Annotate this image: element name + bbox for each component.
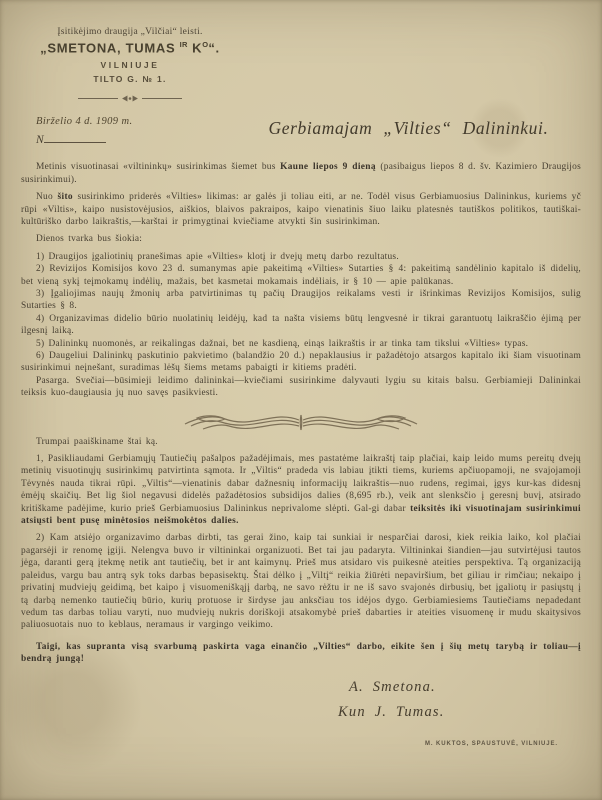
text-segment: Pasarga. Svečiai—būsimieji leidimo dalin… [21, 376, 581, 398]
signature-smetona: A. Smetona. [349, 675, 602, 700]
text-segment: 2) Revizijos Komisijos kovo 23 d. sumany… [21, 264, 581, 286]
paragraph: Trumpai paaiškiname štai ką. [21, 436, 581, 448]
paragraph: 1, Pasikliaudami Gerbiamųjų Tautiečių pa… [21, 453, 581, 527]
bold-text-segment: šito [58, 192, 73, 202]
text-segment: susirinkimo priderės «Vilties» likimas: … [21, 192, 581, 227]
number-prefix: N [36, 134, 44, 146]
paragraph: Dienos tvarka bus šiokia: [21, 233, 581, 245]
company-k: K [192, 40, 202, 55]
letterhead: Įsitikėjimo draugija „Vilčiai“ leisti. „… [14, 0, 246, 107]
header-divider-icon [14, 89, 246, 107]
number-line: N [36, 134, 237, 146]
letter-page: Įsitikėjimo draugija „Vilčiai“ leisti. „… [0, 0, 602, 800]
text-segment: 2) Kam atsiėjo organizavimo darbas dirbt… [21, 533, 581, 630]
company-superscript-ir: IR [180, 40, 188, 49]
date-block: Birželio 4 d. 1909 m. N [22, 116, 237, 146]
company-close-quote: “. [208, 40, 220, 55]
city-line: VILNIUJE [14, 60, 246, 70]
text-segment: Trumpai paaiškiname štai ką. [36, 437, 158, 447]
company-main: „SMETONA, TUMAS [40, 40, 175, 55]
text-segment: 3) Įgaliojimas naujų žmonių arba patvirt… [21, 289, 581, 311]
publisher-line: Įsitikėjimo draugija „Vilčiai“ leisti. [14, 27, 246, 37]
paragraph: 6) Daugeliui Dalininkų paskutinio pakvie… [21, 350, 581, 375]
bold-text-segment: Kaune liepos 9 dieną [280, 162, 376, 172]
bold-text-segment: Taigi, kas supranta visą svarbumą paskir… [21, 642, 581, 664]
paragraph: Metinis visuotinasai «viltininkų» susiri… [21, 161, 581, 186]
text-segment: 6) Daugeliui Dalininkų paskutinio pakvie… [21, 351, 581, 373]
text-segment: 5) Dalininkų nuomonės, ar reikalingas da… [36, 339, 528, 349]
text-segment: Metinis visuotinasai «viltininkų» susiri… [36, 162, 280, 172]
paragraph: Taigi, kas supranta visą svarbumą paskir… [21, 641, 581, 666]
text-segment: Dienos tvarka bus šiokia: [36, 234, 142, 244]
paragraph: 1) Draugijos įgaliotinių pranešimas apie… [21, 251, 581, 263]
paragraph: 3) Įgaliojimas naujų žmonių arba patvirt… [21, 288, 581, 313]
text-segment: Nuo [36, 192, 58, 202]
signatures-block: A. Smetona. Kun J. Tumas. [0, 675, 602, 725]
company-name: „SMETONA, TUMAS IR KO“. [14, 40, 246, 55]
address-line: TILTO G. № 1. [14, 74, 246, 84]
text-segment: 4) Organizavimas didelio būrio nuolatini… [21, 314, 581, 336]
printer-credit: M. KUKTOS, SPAUSTUVĖ, VILNIUJE. [0, 741, 602, 747]
dateline-row: Birželio 4 d. 1909 m. N Gerbiamajam „Vil… [0, 116, 602, 146]
ornament-divider-icon [0, 407, 602, 433]
paragraph: Nuo šito susirinkimo priderės «Vilties» … [21, 191, 581, 228]
salutation-heading: Gerbiamajam „Vilties“ Dalininkui. [237, 116, 580, 139]
number-blank-rule [44, 141, 106, 143]
paragraph: 5) Dalininkų nuomonės, ar reikalingas da… [21, 338, 581, 350]
paragraph: Pasarga. Svečiai—būsimieji leidimo dalin… [21, 375, 581, 400]
signature-tumas: Kun J. Tumas. [338, 700, 602, 725]
text-segment: 1) Draugijos įgaliotinių pranešimas apie… [36, 252, 399, 262]
body-section-1: Metinis visuotinasai «viltininkų» susiri… [0, 161, 602, 399]
paragraph: 2) Revizijos Komisijos kovo 23 d. sumany… [21, 263, 581, 288]
body-section-2: Trumpai paaiškiname štai ką.1, Pasikliau… [0, 436, 602, 666]
date-text: Birželio 4 d. 1909 m. [36, 116, 237, 127]
paragraph: 4) Organizavimas didelio būrio nuolatini… [21, 313, 581, 338]
paragraph: 2) Kam atsiėjo organizavimo darbas dirbt… [21, 532, 581, 631]
